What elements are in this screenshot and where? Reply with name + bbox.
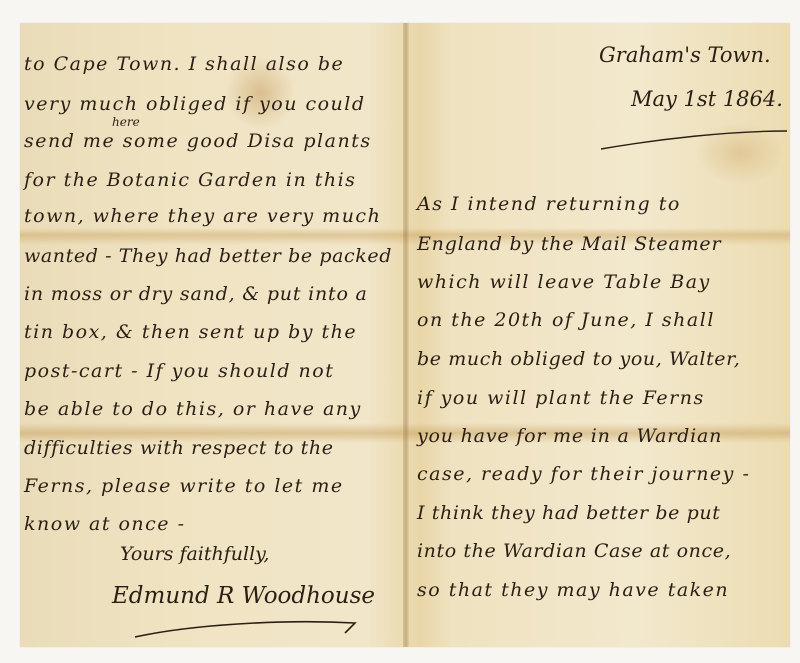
right-line-8: case, ready for their journey - [417, 463, 750, 485]
left-line-4: for the Botanic Garden in this [24, 169, 356, 191]
right-line-6: if you will plant the Ferns [417, 387, 705, 409]
right-line-4: on the 20th of June, I shall [417, 309, 715, 331]
closing-salutation: Yours faithfully, [120, 543, 269, 565]
left-line-9: post-cart - If you should not [24, 360, 334, 382]
right-line-5: be much obliged to you, Walter, [417, 348, 740, 370]
left-page: to Cape Town. I shall also be very much … [20, 23, 403, 647]
left-line-2: very much obliged if you could [24, 93, 366, 115]
right-line-9: I think they had better be put [417, 502, 720, 524]
right-page: Graham's Town. May 1st 1864. As I intend… [409, 23, 790, 647]
left-line-13: know at once - [24, 513, 186, 535]
left-line-8: tin box, & then sent up by the [24, 321, 357, 343]
right-line-2: England by the Mail Steamer [417, 233, 721, 255]
left-line-7: in moss or dry sand, & put into a [24, 283, 368, 305]
right-line-3: which will leave Table Bay [417, 271, 711, 293]
right-line-11: so that they may have taken [417, 579, 729, 601]
left-line-6: wanted - They had better be packed [24, 245, 392, 267]
left-line-12: Ferns, please write to let me [24, 475, 344, 497]
left-line-10: be able to do this, or have any [24, 398, 362, 420]
signature-flourish [130, 613, 370, 643]
letter-place: Graham's Town. [599, 43, 771, 67]
right-line-10: into the Wardian Case at once, [417, 540, 731, 562]
signature: Edmund R Woodhouse [112, 583, 375, 609]
date-underline [599, 123, 789, 153]
letter-date: May 1st 1864. [631, 87, 783, 111]
left-line-1: to Cape Town. I shall also be [24, 53, 344, 75]
right-line-1: As I intend returning to [417, 193, 681, 215]
letter-sheet: to Cape Town. I shall also be very much … [20, 23, 790, 647]
interlinear-insertion: here [112, 115, 140, 129]
left-line-11: difficulties with respect to the [24, 437, 334, 459]
right-line-7: you have for me in a Wardian [417, 425, 722, 447]
left-line-3: send me some good Disa plants [24, 130, 372, 152]
left-line-5: town, where they are very much [24, 205, 381, 227]
